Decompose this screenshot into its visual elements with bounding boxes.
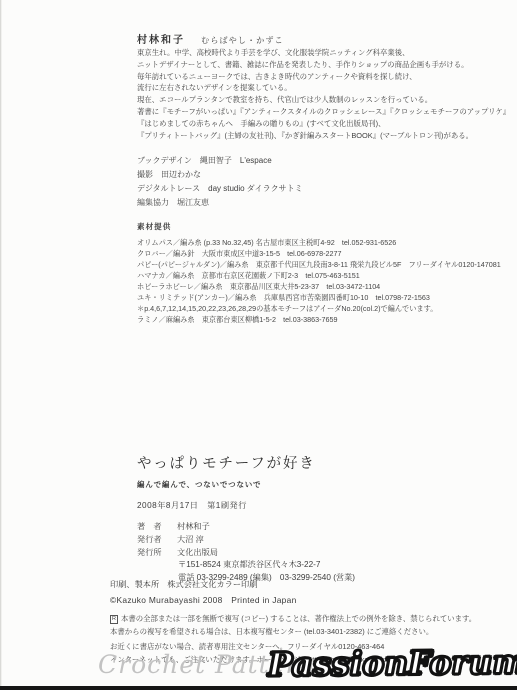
- material-credit-line: ラミノ／麻編み糸 東京都台東区柳橋1-5-2 tel.03-3863-7659: [137, 314, 501, 325]
- credit-line: 撮影 田辺わかな: [137, 168, 303, 182]
- copy-notice: R本書の全部または一部を無断で複写 (コピー) することは、著作権法上での例外を…: [110, 613, 476, 639]
- copy-notice-text: 本書の全部または一部を無断で複写 (コピー) することは、著作権法上での例外を除…: [121, 614, 476, 623]
- copyright-line: ©Kazuko Murabayashi 2008 Printed in Japa…: [110, 594, 297, 606]
- material-credit-line: ハマナカ／編み糸 京都市右京区花園薮ノ下町2-3 tel.075-463-515…: [137, 270, 501, 281]
- author-bio-line: 著書に『モチーフがいっぱい』『アンティークスタイルのクロッシェレース』『クロッシ…: [137, 106, 510, 118]
- publication-row-label: 発行者: [137, 534, 177, 547]
- credit-line: ブックデザイン 縄田智子 L'espace: [137, 154, 303, 168]
- publication-row-value: 村林和子: [177, 522, 210, 531]
- author-heading: 村林和子むらばやし・かずこ: [137, 30, 284, 48]
- book-title: やっぱりモチーフが好き: [137, 452, 316, 473]
- colophon-page: 村林和子むらばやし・かずこ 東京生れ。中学、高校時代より手芸を学び、文化服装学院…: [0, 0, 517, 690]
- author-name-kana: むらばやし・かずこ: [201, 36, 284, 45]
- scan-left-edge: [0, 0, 2, 690]
- author-name: 村林和子: [137, 35, 185, 46]
- publication-row-value: 大沼 淳: [177, 535, 204, 544]
- author-bio-line: ニットデザイナーとして、書籍、雑誌に作品を発表したり、手作りショップの商品企画も…: [137, 59, 510, 71]
- material-credit-line: パピー(パピージャルダン)／編み糸 東京都千代田区九段南3-8-11 飛栄九段ビ…: [137, 259, 501, 270]
- author-bio-line: 『はじめましての赤ちゃんへ 手編みの贈りもの』(すべて文化出版局刊)、: [137, 118, 510, 130]
- edition-date: 2008年8月17日 第1刷発行: [137, 500, 247, 511]
- credit-line: 編集協力 堀江友恵: [137, 196, 303, 210]
- watermark-overlay-text: PassionForum.ru: [268, 642, 517, 683]
- credit-line: デジタルトレース day studio ダイラクサトミ: [137, 182, 303, 196]
- publisher-address-line: 〒151-8524 東京都渋谷区代々木3-22-7: [137, 559, 355, 572]
- publication-row-author: 著 者村林和子: [137, 521, 355, 534]
- author-bio-line: 毎年訪れているニューヨークでは、古きよき時代のアンティークや資料を探し続け、: [137, 71, 510, 83]
- material-credit-line: ホビーラホビーレ／編み糸 東京都品川区東大井5-23-37 tel.03-347…: [137, 281, 501, 292]
- material-credits-header: 素材提供: [137, 221, 501, 232]
- material-credits: 素材提供 オリムパス／編み糸 (p.33 No.32,45) 名古屋市東区主税町…: [137, 221, 501, 325]
- material-credit-line: ユキ・リミテッド(アンカー)／編み糸 兵庫県西宮市苦楽園四番町10-10 tel…: [137, 292, 501, 303]
- author-bio-line: 『プリティトートバッグ』(主婦の友社刊)、『かぎ針編みスタートBOOK』(マーブ…: [137, 130, 510, 142]
- rights-mark-icon: R: [110, 615, 118, 624]
- publication-row-label: 著 者: [137, 521, 177, 534]
- author-bio-line: 東京生れ。中学、高校時代より手芸を学び、文化服装学院ニッティング科卒業後、: [137, 47, 510, 59]
- book-subtitle: 編んで編んで、つないでつないで: [137, 479, 316, 490]
- book-title-block: やっぱりモチーフが好き 編んで編んで、つないでつないで: [137, 452, 316, 490]
- staff-credits: ブックデザイン 縄田智子 L'espace撮影 田辺わかなデジタルトレース da…: [137, 154, 303, 210]
- author-bio: 東京生れ。中学、高校時代より手芸を学び、文化服装学院ニッティング科卒業後、ニット…: [137, 47, 510, 141]
- author-bio-line: 現在、エコールプランタンで教室を持ち、代官山では少人数制のレッスンを行っている。: [137, 94, 510, 106]
- publication-row-publisher-company: 発行所文化出版局: [137, 547, 355, 560]
- material-credit-line: ＊p.4,6,7,12,14,15,20,22,23,26,28,29の基本モチ…: [137, 303, 501, 314]
- publication-rows: 著 者村林和子 発行者大沼 淳 発行所文化出版局 〒151-8524 東京都渋谷…: [137, 521, 355, 585]
- material-credit-line: クロバー／編み針 大阪市東成区中道3-15-5 tel.06-6978-2277: [137, 248, 501, 259]
- publication-row-publisher-person: 発行者大沼 淳: [137, 534, 355, 547]
- copy-notice-line-2: 本書からの複写を希望される場合は、日本複写権センター (tel.03-3401-…: [110, 626, 476, 639]
- material-credit-line: オリムパス／編み糸 (p.33 No.32,45) 名古屋市東区主税町4-92 …: [137, 237, 501, 248]
- copy-notice-line-1: R本書の全部または一部を無断で複写 (コピー) することは、著作権法上での例外を…: [110, 613, 476, 626]
- publication-row-label: 発行所: [137, 547, 177, 560]
- material-credits-list: オリムパス／編み糸 (p.33 No.32,45) 名古屋市東区主税町4-92 …: [137, 237, 501, 325]
- publication-row-value: 文化出版局: [177, 548, 218, 557]
- author-bio-line: 流行に左右されないデザインを提案している。: [137, 82, 510, 94]
- scan-bottom-bar: [0, 686, 517, 690]
- printer-line: 印刷、製本所 株式会社文化カラー印刷: [110, 579, 257, 590]
